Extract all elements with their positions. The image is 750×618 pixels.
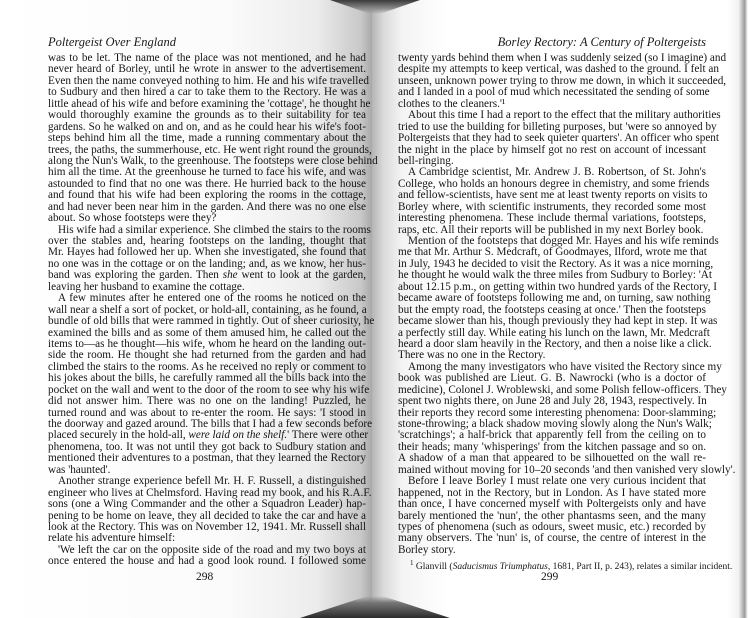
line-text: over the stables and, hearing footsteps …: [48, 235, 366, 247]
right-running-head: Borley Rectory: A Century of Poltergeist…: [498, 35, 706, 50]
line-text: examined the bills and as some of them a…: [48, 327, 366, 339]
line-text: Even then the name conveyed nothing to h…: [48, 75, 369, 87]
line-text: along the Nun's Walk, to the greenhouse.…: [48, 155, 378, 167]
line-text: gardens. So he walked on and on, and as …: [48, 121, 366, 133]
line-text: did not answer him. There was no one on …: [48, 395, 366, 407]
line-text: than once, I have concerned myself with …: [398, 498, 706, 510]
line-text: no one was in the cottage or on the land…: [48, 258, 366, 270]
line-text: Mention of the footsteps that dogged Mr.…: [408, 235, 719, 247]
line-text: bell-ringing.: [398, 155, 454, 167]
line-text: items to—as he thought—his wife, whom he…: [48, 338, 366, 350]
line-text: interesting phenomena. These include the…: [398, 212, 706, 224]
footnote-text: Glanvill (: [414, 562, 453, 572]
line-text: mentioned their adventures to a postman,…: [48, 452, 366, 464]
line-text: College, who holds an honours degree in …: [398, 178, 709, 190]
line-text: wall near a shelf a sort of pocket, or h…: [48, 304, 367, 316]
line-text: pocket on the wall and went to the door …: [48, 384, 369, 396]
line-text: climbed the stairs to the rooms. As he r…: [48, 361, 366, 373]
line-text: in July, 1943 he decided to visit the Re…: [398, 258, 713, 270]
line-text: and fellow-scientists, have sent me at l…: [398, 189, 707, 201]
line-text: and found that his wife had been explori…: [48, 189, 366, 201]
line-text: despite my attempts to keep vertical, wa…: [398, 63, 719, 75]
line-text: Poltergeists that they had to seek quiet…: [398, 132, 719, 144]
line-text: barely mentioned the 'nun', the other ph…: [398, 510, 706, 522]
text-line: Borley story.: [398, 545, 706, 556]
line-text: twenty yards behind them when I was sudd…: [398, 52, 726, 64]
italic-text: were laid on the shelf.: [188, 429, 287, 441]
left-page-body: was to be let. The name of the place was…: [48, 53, 366, 568]
line-text: His wife had a similar experience. She c…: [58, 224, 371, 236]
line-text: to Sudbury and then hired a car to take …: [48, 86, 366, 98]
line-text: mained without moving for 10–20 seconds …: [398, 464, 735, 476]
line-text: went to look at the garden,: [238, 269, 366, 281]
book-spread: Poltergeist Over England Borley Rectory:…: [0, 0, 750, 618]
line-text: raps, etc. All their reports will be pub…: [398, 224, 703, 236]
footnote-text: , 1681, Part II, p. 243), relates a simi…: [548, 562, 732, 572]
line-text: their heads; many 'whisperings' from the…: [398, 441, 706, 453]
line-text: pening to be home on leave, they all dec…: [48, 510, 366, 522]
line-text: spent two nights there, on June 28 and J…: [398, 395, 707, 407]
line-text: 'We left the car on the opposite side of…: [58, 544, 366, 556]
line-text: medicine), Colonel J. Wroblewski, and so…: [398, 384, 727, 396]
line-text: sons (one a Wing Commander and the other…: [48, 498, 366, 510]
line-text: the doorway and gazed around. The bills …: [48, 418, 372, 430]
line-text: was 'haunted'.: [48, 464, 110, 476]
line-text: would thoroughly examine the grounds as …: [48, 109, 366, 121]
line-text: he thought he would walk the three miles…: [398, 269, 712, 281]
line-text: A Cambridge scientist, Mr. Andrew J. B. …: [408, 166, 706, 178]
text-line: once entered the house and had a good lo…: [48, 556, 366, 567]
line-text: heard a door slam heavily in the Rectory…: [398, 338, 712, 350]
line-text: About this time I had a report to the ef…: [408, 109, 721, 121]
line-text: his jokes about the bills, he carefully …: [48, 372, 366, 384]
line-text: trees, the paths, the summerhouse, etc. …: [48, 144, 372, 156]
line-text: about. So whose footsteps were they?: [48, 212, 216, 224]
line-text: Borley story.: [398, 544, 456, 556]
line-text: Borley where, with scientific instrument…: [398, 201, 706, 213]
right-page-body: twenty yards behind them when I was sudd…: [398, 53, 706, 573]
line-text: types of phenomena (such as odours, swee…: [398, 521, 706, 533]
line-text: engineer who lives at Chelmsford. Having…: [48, 487, 372, 499]
line-text: him all the time. At the greenhouse he t…: [48, 166, 366, 178]
right-page-number: 299: [541, 571, 558, 583]
line-text: once entered the house and had a good lo…: [48, 555, 366, 567]
line-text: astounded to find that no one was there.…: [48, 178, 366, 190]
line-text: became aware of footsteps following me a…: [398, 292, 711, 304]
line-text: side the room. He thought she had return…: [48, 349, 366, 361]
line-text: me that Mr. Arthur S. Medcraft, of Goodm…: [398, 246, 707, 258]
line-text: ' There were other: [287, 429, 368, 441]
line-text: placed securely in the hold-all,: [48, 429, 188, 441]
line-text: phenomena, too. It was not until they go…: [48, 441, 366, 453]
line-text: many observers. The 'nun' is, of course,…: [398, 532, 706, 544]
line-text: tried to use the building for billeting …: [398, 121, 717, 133]
line-text: never heard of Borley, until he wrote in…: [48, 63, 366, 75]
line-text: the night in the place by himself got no…: [398, 144, 706, 156]
italic-text: she: [223, 269, 238, 281]
line-text: but the empty road, the footsteps ceasin…: [398, 304, 706, 316]
line-text: their reports they record some interesti…: [398, 407, 716, 419]
line-text: about 12.15 p.m., on getting within two …: [398, 281, 717, 293]
footnote-title: Saducismus Triumphatus: [453, 562, 548, 572]
line-text: A few minutes after he entered one of th…: [58, 292, 366, 304]
line-text: Among the many investigators who have vi…: [408, 361, 722, 373]
line-text: Mr. Hayes had followed her up. When she …: [48, 246, 366, 258]
line-text: and I landed in a pool of mud which nece…: [398, 86, 710, 98]
line-text: stone-throwing; a black shadow moving sl…: [398, 418, 712, 430]
line-text: leaving her husband to examine the cotta…: [48, 281, 245, 293]
left-page-number: 298: [196, 571, 213, 583]
line-text: steps behind him all the time, made a ru…: [48, 132, 366, 144]
line-text: turned round and was about to re-enter t…: [48, 407, 366, 419]
line-text: was to be let. The name of the place was…: [48, 52, 366, 64]
line-text: Another strange experience befell Mr. H.…: [58, 475, 366, 487]
line-text: unseen, unknown power trying to throw me…: [398, 75, 726, 87]
line-text: Before I leave Borley I must relate one …: [408, 475, 706, 487]
line-text: There was no one in the Rectory.: [398, 349, 545, 361]
line-text: happened, not in the Rectory, but in Lon…: [398, 487, 706, 499]
line-text: relate his adventure himself:: [48, 532, 175, 544]
line-text: look at the Rectory. This was on Novembe…: [48, 521, 366, 533]
line-text: book was published are Lieut. G. B. Nawr…: [398, 372, 706, 384]
left-running-head: Poltergeist Over England: [48, 35, 176, 50]
line-text: 'scratchings'; a half-brick that apparen…: [398, 429, 706, 441]
line-text: A shadow of a man that appeared to be si…: [398, 452, 706, 464]
line-text: band was exploring the garden. Then: [48, 269, 223, 281]
line-text: and had never been near him in the garde…: [48, 201, 366, 213]
line-text: clothes to the cleaners.'¹: [398, 98, 505, 110]
line-text: little ahead of his wife and before exam…: [48, 98, 370, 110]
line-text: bundle of old bills that were rammed in …: [48, 315, 374, 327]
line-text: a perfectly still day. While eating his …: [398, 327, 710, 339]
line-text: became slower than his, though previousl…: [398, 315, 717, 327]
